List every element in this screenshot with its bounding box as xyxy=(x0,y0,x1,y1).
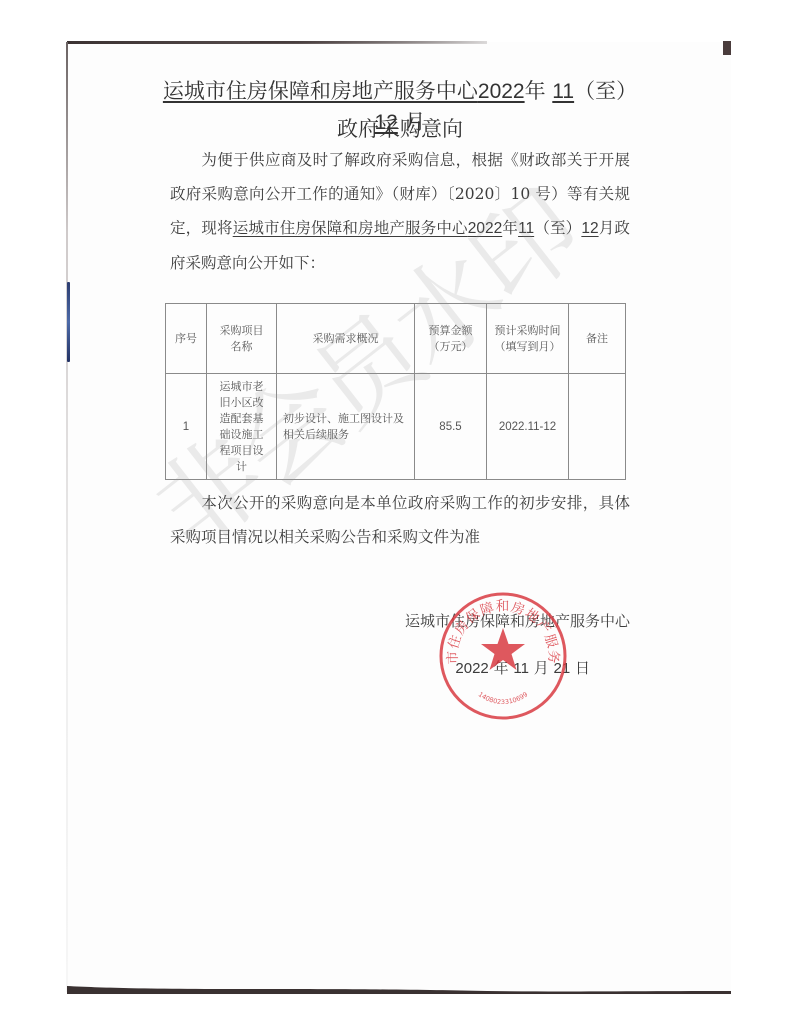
procurement-table: 序号 采购项目名称 采购需求概况 预算金额（万元） 预计采购时间（填写到月） 备… xyxy=(165,303,626,480)
header-no: 序号 xyxy=(166,304,207,374)
table-header-row: 序号 采购项目名称 采购需求概况 预算金额（万元） 预计采购时间（填写到月） 备… xyxy=(166,304,626,374)
title-org: 运城市住房保障和房地产服务中心 xyxy=(163,79,478,103)
cell-remark xyxy=(569,374,626,480)
official-seal: 运城市住房保障和房地产服务中心 1408023310699 xyxy=(437,590,569,722)
intro-month-from: 11 xyxy=(518,220,534,237)
header-budget: 预算金额（万元） xyxy=(415,304,487,374)
scan-binding-mark xyxy=(67,282,70,362)
cell-name: 运城市老旧小区改造配套基础设施工程项目设计 xyxy=(207,374,277,480)
seal-star-icon xyxy=(481,628,525,670)
scan-corner-mark xyxy=(723,41,731,55)
document-subtitle: 政府采购意向 xyxy=(160,114,640,144)
closing-text: 本次公开的采购意向是本单位政府采购工作的初步安排，具体采购项目情况以相关采购公告… xyxy=(170,494,630,546)
svg-text:1408023310699: 1408023310699 xyxy=(477,690,529,706)
title-month-from: 11 xyxy=(552,80,574,103)
cell-time: 2022.11-12 xyxy=(487,374,569,480)
scan-top-edge-shadow xyxy=(250,41,490,43)
intro-paragraph: 为便于供应商及时了解政府采购信息，根据《财政部关于开展政府采购意向公开工作的通知… xyxy=(170,143,630,280)
title-connector: （至） xyxy=(574,79,637,103)
cell-budget: 85.5 xyxy=(415,374,487,480)
title-year-suffix: 年 xyxy=(525,79,546,103)
scan-bottom-edge xyxy=(67,986,731,994)
intro-month-to: 12 xyxy=(581,220,598,237)
intro-year-suffix: 年 xyxy=(502,219,518,237)
header-time: 预计采购时间（填写到月） xyxy=(487,304,569,374)
header-requirement: 采购需求概况 xyxy=(277,304,415,374)
cell-no: 1 xyxy=(166,374,207,480)
intro-connector: （至） xyxy=(534,219,581,237)
intro-org: 运城市住房保障和房地产服务中心 xyxy=(233,219,468,237)
cell-requirement: 初步设计、施工图设计及相关后续服务 xyxy=(277,374,415,480)
header-name: 采购项目名称 xyxy=(207,304,277,374)
header-remark: 备注 xyxy=(569,304,626,374)
scan-left-edge xyxy=(66,42,68,992)
table-row: 1 运城市老旧小区改造配套基础设施工程项目设计 初步设计、施工图设计及相关后续服… xyxy=(166,374,626,480)
seal-code: 1408023310699 xyxy=(477,690,529,706)
title-year: 2022 xyxy=(478,80,525,103)
intro-lead: 现将 xyxy=(201,219,232,237)
closing-paragraph: 本次公开的采购意向是本单位政府采购工作的初步安排，具体采购项目情况以相关采购公告… xyxy=(170,486,630,554)
intro-year: 2022 xyxy=(468,220,502,237)
